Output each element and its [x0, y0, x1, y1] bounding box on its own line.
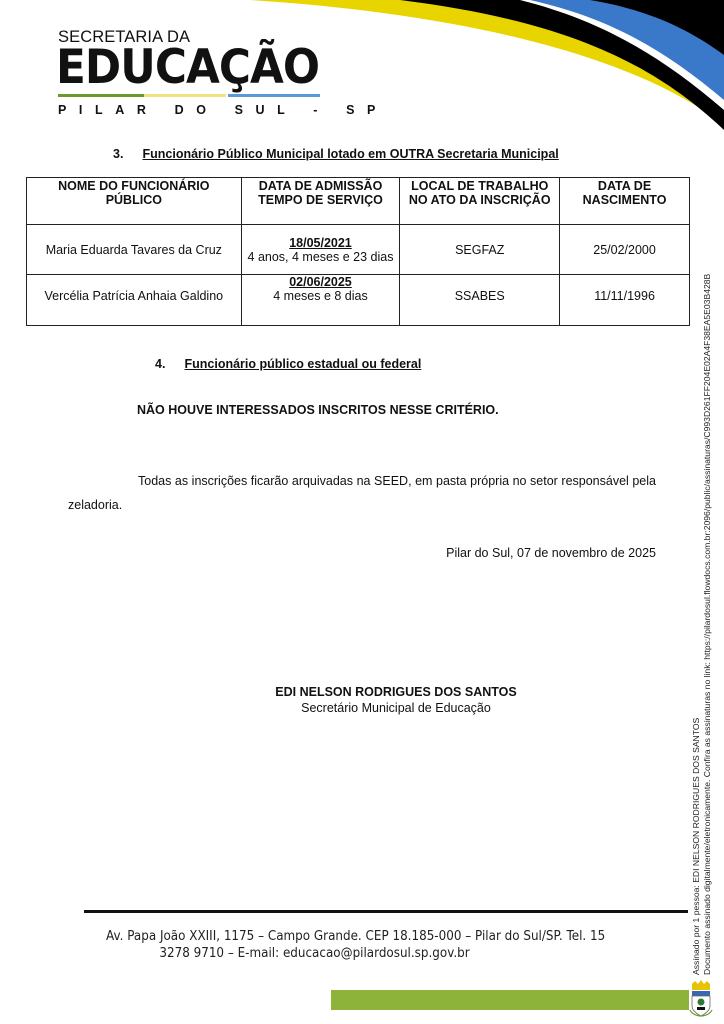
logo-bar-blue — [228, 94, 320, 97]
cell-admissao: 02/06/2025 4 meses e 8 dias — [241, 275, 400, 326]
admission-date: 02/06/2025 — [246, 275, 396, 289]
section-4-heading: 4. Funcionário público estadual ou feder… — [155, 357, 421, 371]
table-row: Vercélia Patrícia Anhaia Galdino 02/06/2… — [27, 275, 690, 326]
cell-local: SSABES — [400, 275, 560, 326]
footer-address: Av. Papa João XXIII, 1175 – Campo Grande… — [106, 928, 621, 962]
section-3-number: 3. — [113, 147, 139, 161]
digital-signature-verify-link[interactable]: Documento assinado digitalmente/eletroni… — [702, 274, 713, 975]
no-candidates-notice: NÃO HOUVE INTERESSADOS INSCRITOS NESSE C… — [137, 403, 499, 417]
digital-signature-line-1: Assinado por 1 pessoa: EDI NELSON RODRIG… — [691, 274, 702, 975]
cell-nome: Vercélia Patrícia Anhaia Galdino — [27, 275, 242, 326]
section-3-title: Funcionário Público Municipal lotado em … — [142, 147, 558, 161]
footer-address-line-2: 3278 9710 – E-mail: educacao@pilardosul.… — [106, 945, 621, 962]
footer-divider — [84, 910, 688, 913]
admission-date: 18/05/2021 — [246, 236, 396, 250]
header-admissao: DATA DE ADMISSÃO TEMPO DE SERVIÇO — [241, 178, 400, 225]
municipal-crest-icon — [688, 980, 714, 1020]
cell-admissao: 18/05/2021 4 anos, 4 meses e 23 dias — [241, 225, 400, 275]
cell-nome: Maria Eduarda Tavares da Cruz — [27, 225, 242, 275]
logo-bar-green — [58, 94, 144, 97]
service-time: 4 anos, 4 meses e 23 dias — [248, 250, 394, 264]
archive-paragraph: Todas as inscrições ficarão arquivadas n… — [68, 469, 656, 517]
service-time: 4 meses e 8 dias — [273, 289, 368, 303]
logo-bar-yellow — [144, 94, 226, 97]
section-4-number: 4. — [155, 357, 181, 371]
place-date: Pilar do Sul, 07 de novembro de 2025 — [446, 546, 656, 560]
header-nascimento: DATA DE NASCIMENTO — [560, 178, 690, 225]
cell-nascimento: 11/11/1996 — [560, 275, 690, 326]
table-header-row: NOME DO FUNCIONÁRIO PÚBLICO DATA DE ADMI… — [27, 178, 690, 225]
digital-signature-stamp: Assinado por 1 pessoa: EDI NELSON RODRIG… — [691, 274, 713, 975]
logo-line-3: PILAR DO SUL - SP — [58, 103, 388, 117]
header-local: LOCAL DE TRABALHO NO ATO DA INSCRIÇÃO — [400, 178, 560, 225]
logo-line-2: EDUCAÇÃO — [56, 40, 319, 95]
footer-green-bar — [331, 990, 689, 1010]
signatory-role: Secretário Municipal de Educação — [0, 701, 724, 715]
cell-local: SEGFAZ — [400, 225, 560, 275]
section-3-heading: 3. Funcionário Público Municipal lotado … — [113, 147, 559, 161]
signatory-name: EDI NELSON RODRIGUES DOS SANTOS — [0, 685, 724, 699]
footer-address-line-1: Av. Papa João XXIII, 1175 – Campo Grande… — [106, 929, 605, 944]
table-row: Maria Eduarda Tavares da Cruz 18/05/2021… — [27, 225, 690, 275]
cell-nascimento: 25/02/2000 — [560, 225, 690, 275]
employees-table: NOME DO FUNCIONÁRIO PÚBLICO DATA DE ADMI… — [26, 177, 690, 326]
header-nome: NOME DO FUNCIONÁRIO PÚBLICO — [27, 178, 242, 225]
section-4-title: Funcionário público estadual ou federal — [184, 357, 421, 371]
secretaria-educacao-logo: SECRETARIA DA EDUCAÇÃO PILAR DO SUL - SP — [56, 26, 326, 116]
